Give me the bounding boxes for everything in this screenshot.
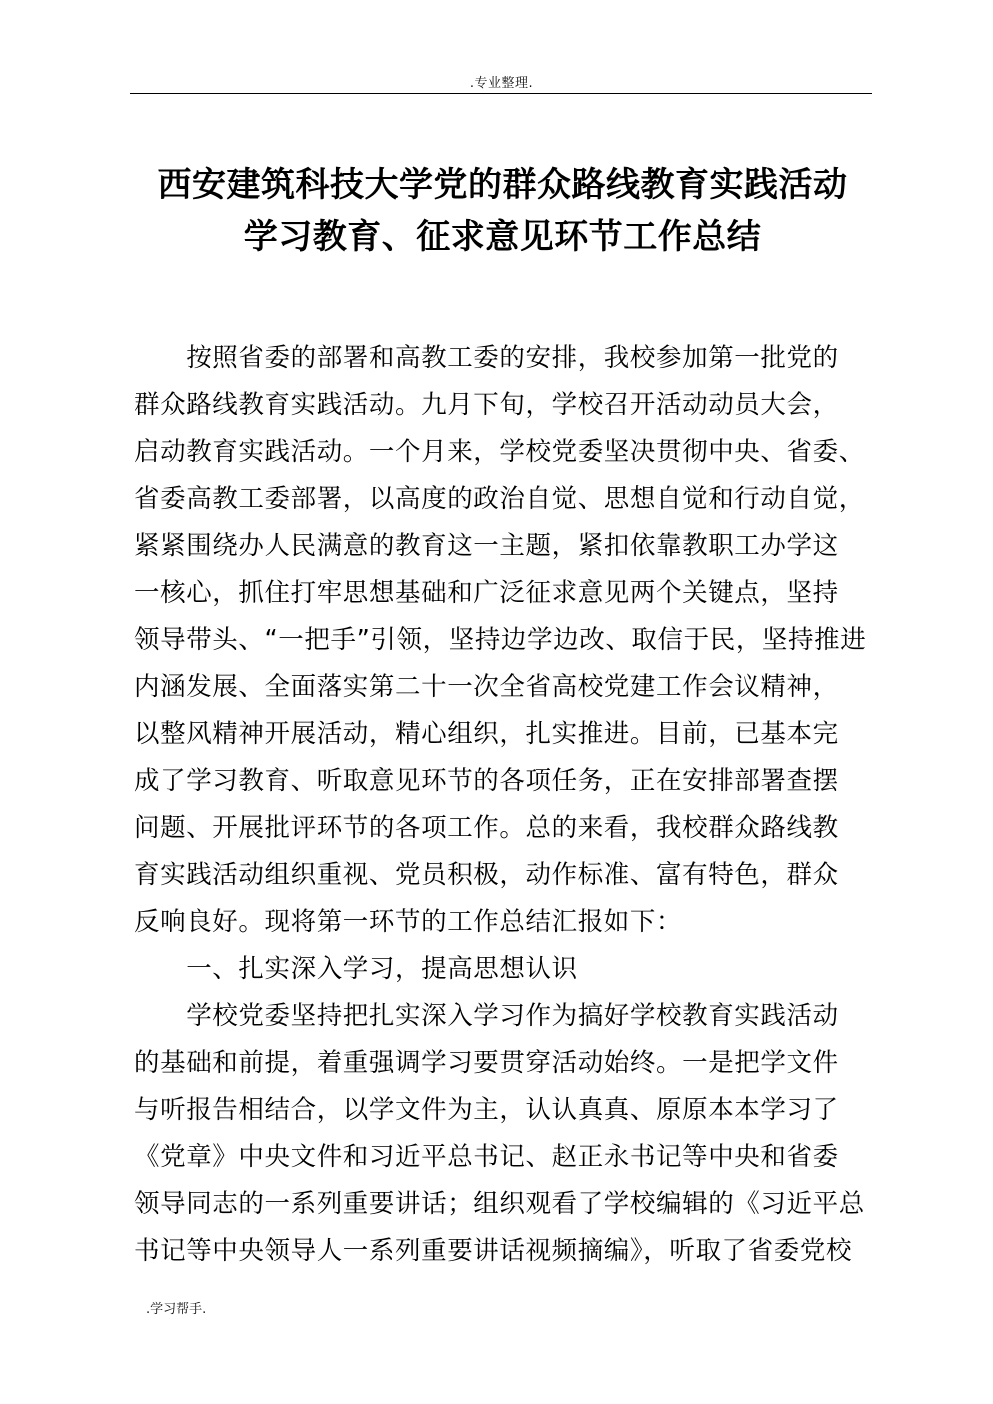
body-line: 领导同志的一系列重要讲话；组织观看了学校编辑的《习近平总 <box>134 1187 865 1221</box>
body-line: 一核心，抓住打牢思想基础和广泛征求意见两个关键点，坚持 <box>134 576 839 610</box>
page-footer: .学习帮手. <box>146 1298 206 1317</box>
body-line: 成了学习教育、听取意见环节的各项任务，正在安排部署查摆 <box>134 764 839 798</box>
body-line: 以整风精神开展活动，精心组织，扎实推进。目前，已基本完 <box>134 717 839 751</box>
body-line: 领导带头、“一把手”引领，坚持边学边改、取信于民，坚持推进 <box>134 623 866 657</box>
document-title-line-1: 西安建筑科技大学党的群众路线教育实践活动 <box>130 162 875 208</box>
body-line: 学校党委坚持把扎实深入学习作为搞好学校教育实践活动 <box>134 999 839 1033</box>
body-line: 启动教育实践活动。一个月来，学校党委坚决贯彻中央、省委、 <box>134 435 865 469</box>
page-header: .专业整理. <box>0 72 993 91</box>
header-divider <box>130 93 872 94</box>
body-line: 紧紧围绕办人民满意的教育这一主题，紧扣依靠教职工办学这 <box>134 529 839 563</box>
body-line: 与听报告相结合，以学文件为主，认认真真、原原本本学习了 <box>134 1093 839 1127</box>
body-line: 按照省委的部署和高教工委的安排，我校参加第一批党的 <box>134 341 839 375</box>
body-line: 《党章》中央文件和习近平总书记、赵正永书记等中央和省委 <box>134 1140 839 1174</box>
document-title-line-2: 学习教育、征求意见环节工作总结 <box>130 214 875 260</box>
body-line: 的基础和前提，着重强调学习要贯穿活动始终。一是把学文件 <box>134 1046 839 1080</box>
body-line: 育实践活动组织重视、党员积极，动作标准、富有特色，群众 <box>134 858 839 892</box>
body-line: 省委高教工委部署，以高度的政治自觉、思想自觉和行动自觉， <box>134 482 865 516</box>
body-line: 问题、开展批评环节的各项工作。总的来看，我校群众路线教 <box>134 811 839 845</box>
body-line: 反响良好。现将第一环节的工作总结汇报如下： <box>134 905 682 939</box>
section-heading: 一、扎实深入学习，提高思想认识 <box>134 952 578 986</box>
body-line: 书记等中央领导人一系列重要讲话视频摘编》，听取了省委党校 <box>134 1234 852 1268</box>
body-line: 群众路线教育实践活动。九月下旬，学校召开活动动员大会， <box>134 388 839 422</box>
body-line: 内涵发展、全面落实第二十一次全省高校党建工作会议精神， <box>134 670 839 704</box>
